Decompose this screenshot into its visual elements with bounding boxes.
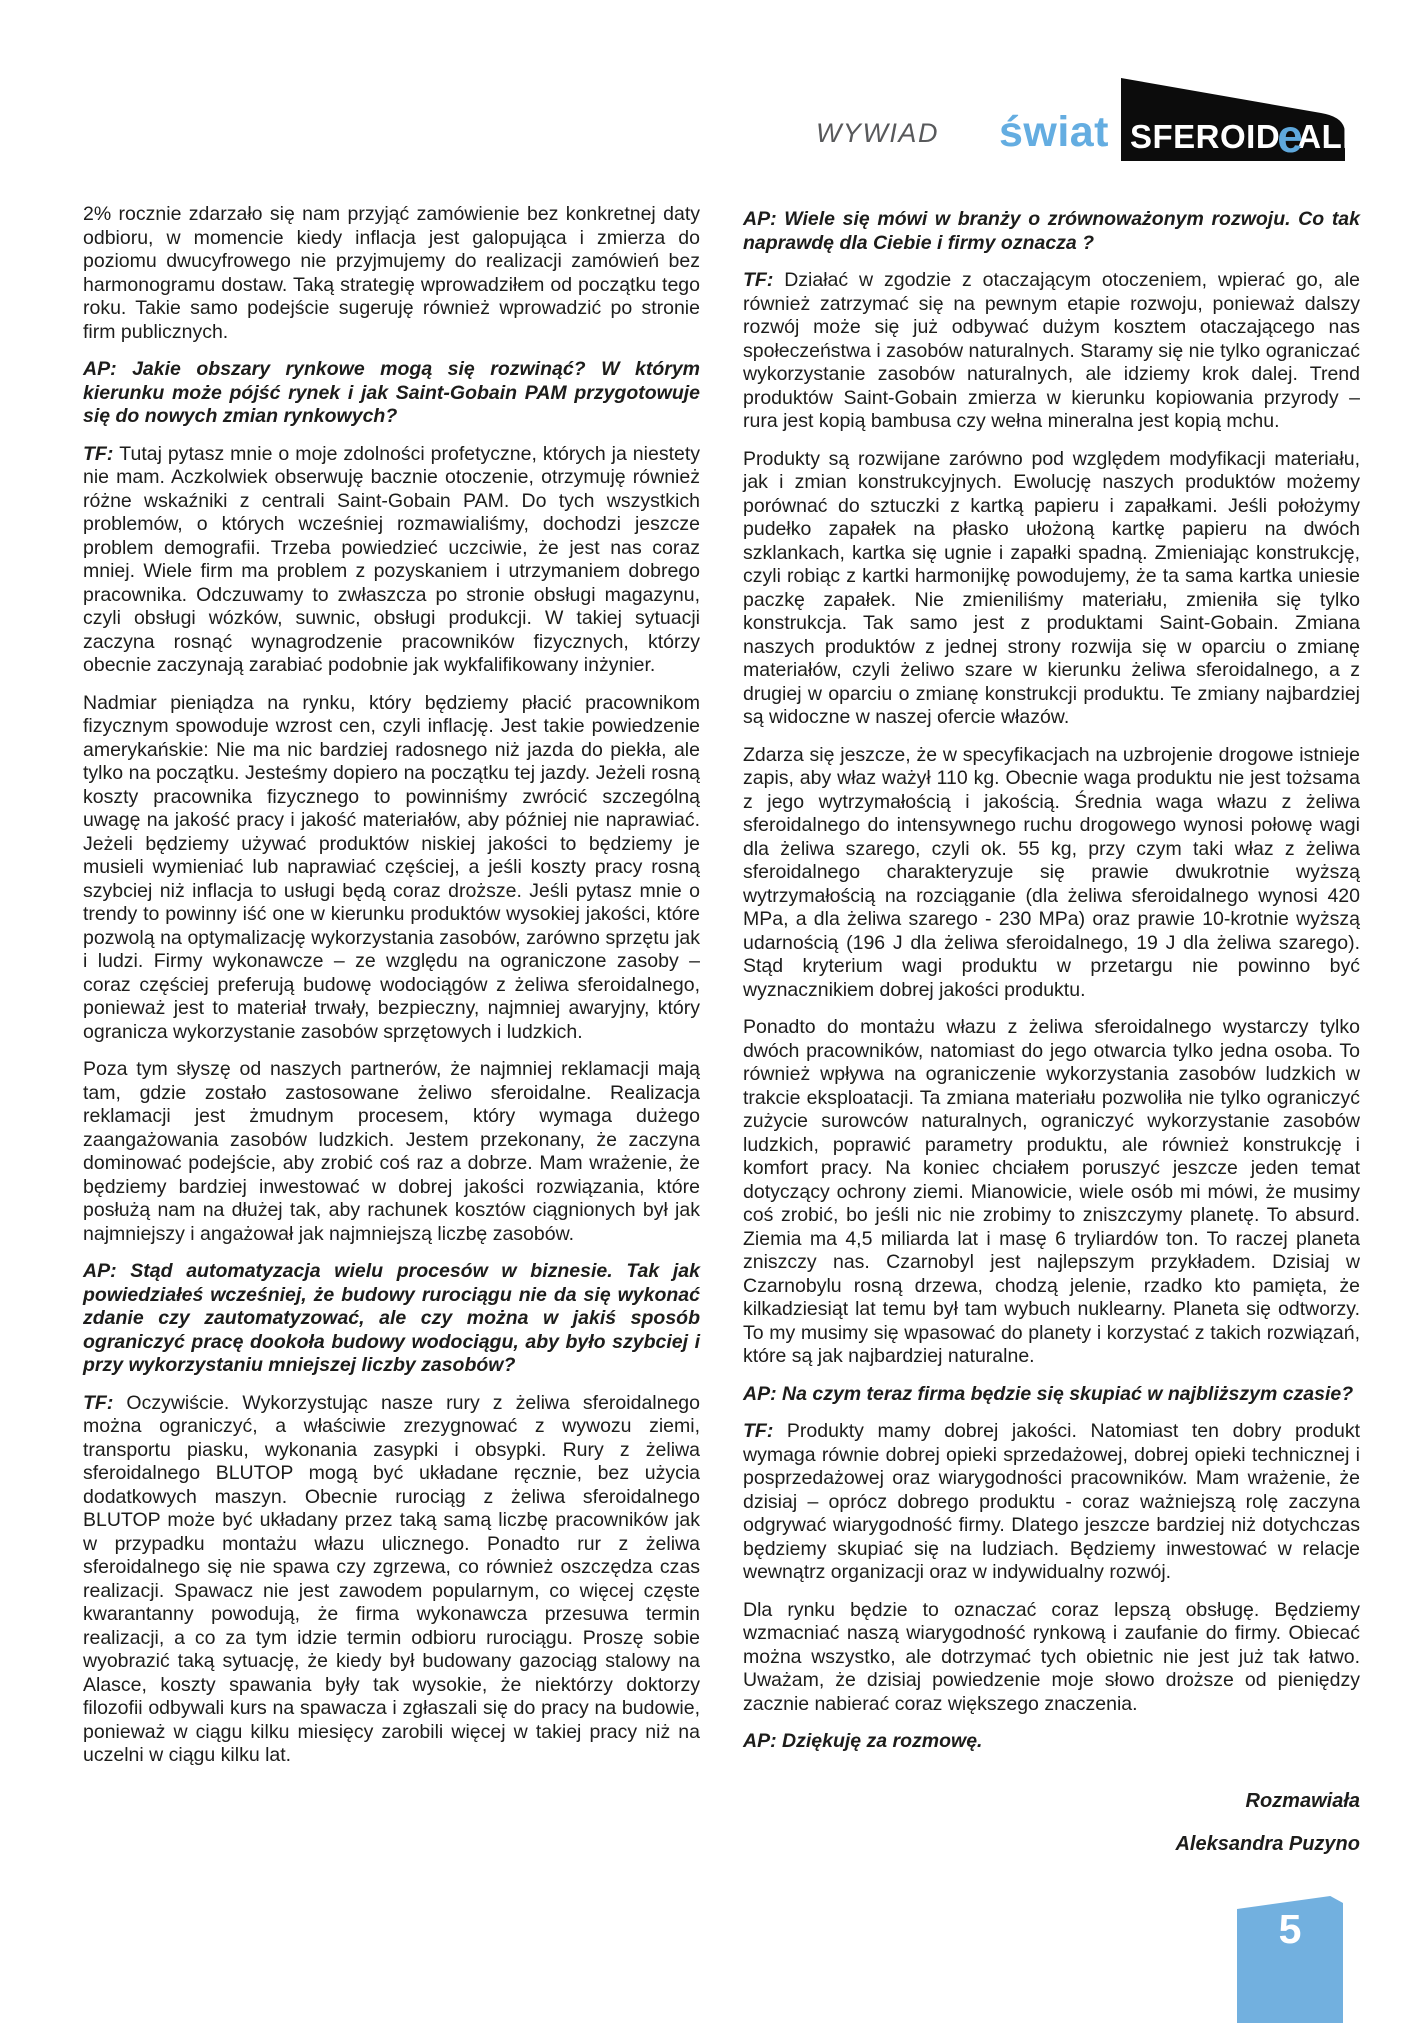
answer-paragraph: TF: Oczywiście. Wykorzystując nasze rury… xyxy=(83,1392,700,1768)
answer-paragraph: TF: Produkty mamy dobrej jakości. Natomi… xyxy=(743,1420,1360,1585)
body-paragraph: Zdarza się jeszcze, że w specyfikacjach … xyxy=(743,744,1360,1003)
speaker-prefix: TF: xyxy=(743,269,784,291)
section-label: WYWIAD xyxy=(816,118,939,149)
page-number-tab: 5 xyxy=(1237,1896,1343,2023)
body-paragraph: Produkty są rozwijane zarówno pod względ… xyxy=(743,448,1360,730)
article-body: 2% rocznie zdarzało się nam przyjąć zamó… xyxy=(83,203,1360,1877)
answer-paragraph: TF: Tutaj pytasz mnie o moje zdolności p… xyxy=(83,443,700,678)
signoff-line: Aleksandra Puzyno xyxy=(743,1833,1360,1857)
speaker-prefix: TF: xyxy=(743,1420,787,1442)
speaker-prefix: TF: xyxy=(83,443,119,465)
speaker-prefix: TF: xyxy=(83,1392,126,1414)
question-paragraph: AP: Jakie obszary rynkowe mogą się rozwi… xyxy=(83,358,700,429)
speaker-prefix: AP: xyxy=(83,1260,130,1282)
answer-paragraph: TF: Działać w zgodzie z otaczającym otoc… xyxy=(743,269,1360,434)
body-paragraph: Poza tym słyszę od naszych partnerów, że… xyxy=(83,1058,700,1246)
magazine-page: WYWIAD świat SFEROIDeALNY 2% rocznie zda… xyxy=(0,0,1428,2028)
signoff-line: Rozmawiała xyxy=(743,1790,1360,1814)
logo-wordmark: SFEROIDeALNY xyxy=(1130,118,1389,156)
logo-text-right: ALNY xyxy=(1297,118,1389,156)
speaker-prefix: AP: xyxy=(743,1730,782,1752)
speaker-prefix: AP: xyxy=(743,208,784,230)
article-column-left: 2% rocznie zdarzało się nam przyjąć zamó… xyxy=(83,203,700,1877)
page-header: WYWIAD świat SFEROIDeALNY xyxy=(816,78,1345,161)
body-paragraph: Ponadto do montażu włazu z żeliwa sferoi… xyxy=(743,1016,1360,1369)
magazine-logo: SFEROIDeALNY xyxy=(1119,78,1345,161)
page-number: 5 xyxy=(1237,1906,1343,1953)
question-paragraph: AP: Na czym teraz firma będzie się skupi… xyxy=(743,1383,1360,1407)
magazine-brand-prefix: świat xyxy=(999,108,1109,157)
body-paragraph: Dla rynku będzie to oznaczać coraz lepsz… xyxy=(743,1599,1360,1717)
body-paragraph: Nadmiar pieniądza na rynku, który będzie… xyxy=(83,692,700,1045)
question-paragraph: AP: Dziękuję za rozmowę. xyxy=(743,1730,1360,1754)
article-column-right: AP: Wiele się mówi w branży o zrównoważo… xyxy=(743,203,1360,1877)
speaker-prefix: AP: xyxy=(743,1383,782,1405)
speaker-prefix: AP: xyxy=(83,358,132,380)
question-paragraph: AP: Wiele się mówi w branży o zrównoważo… xyxy=(743,208,1360,255)
question-paragraph: AP: Stąd automatyzacja wielu procesów w … xyxy=(83,1260,700,1378)
body-paragraph: 2% rocznie zdarzało się nam przyjąć zamó… xyxy=(83,203,700,344)
logo-text-left: SFEROID xyxy=(1130,118,1280,156)
